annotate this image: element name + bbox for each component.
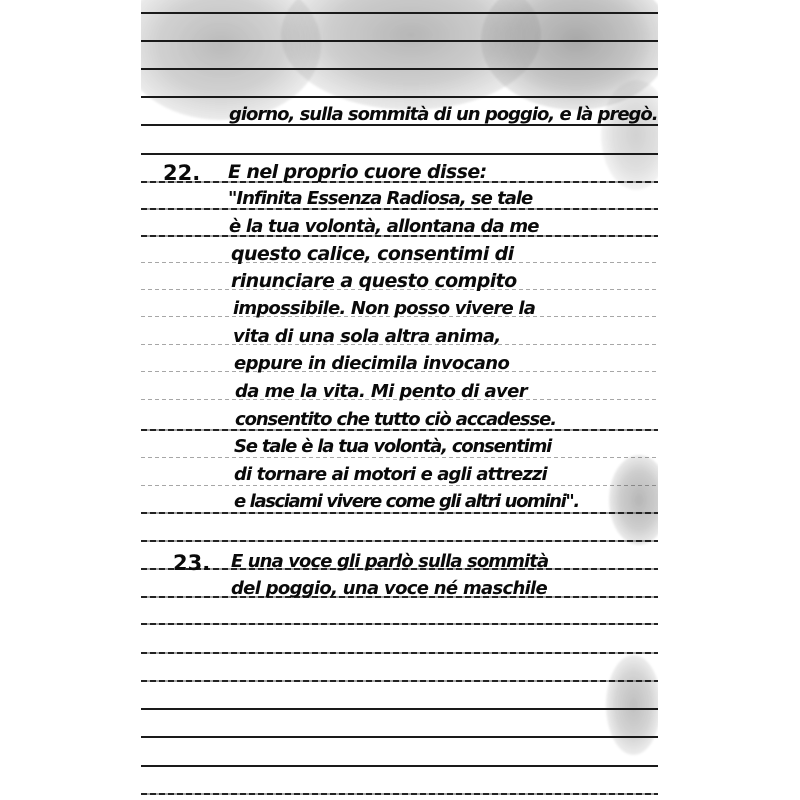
verse-22-line: impossibile. Non posso vivere la — [233, 300, 535, 318]
coffee-stain-right-lower — [606, 655, 658, 755]
continuation-line: giorno, sulla sommità di un poggio, e là… — [229, 106, 658, 124]
verse-22-line: "Infinita Essenza Radiosa, se tale — [228, 190, 532, 208]
ruled-line — [141, 485, 658, 486]
verse-number-22: 22. — [163, 163, 200, 184]
ruled-line — [141, 40, 658, 42]
ruled-line — [141, 736, 658, 738]
ruled-line — [141, 680, 658, 682]
verse-22-line: consentito che tutto ciò accadesse. — [235, 411, 556, 429]
verse-number-23: 23. — [173, 553, 210, 574]
ruled-line — [141, 457, 658, 458]
verse-22-line: di tornare ai motori e agli attrezzi — [234, 466, 547, 484]
ruled-line — [141, 68, 658, 70]
ruled-line — [141, 765, 658, 767]
ruled-line — [141, 96, 658, 98]
verse-22-line: Se tale è la tua volontà, consentimi — [234, 438, 551, 456]
verse-22-line: è la tua volontà, allontana da me — [229, 218, 539, 236]
ruled-line — [141, 708, 658, 710]
verse-23-line: E una voce gli parlò sulla sommità — [231, 553, 548, 571]
ruled-line — [141, 540, 658, 542]
notebook-page: giorno, sulla sommità di un poggio, e là… — [141, 0, 658, 800]
coffee-stain-right-middle — [609, 455, 658, 545]
ruled-line — [141, 153, 658, 155]
verse-22-line: eppure in diecimila invocano — [234, 355, 509, 373]
ruled-line — [141, 793, 658, 795]
ruled-line — [141, 512, 658, 514]
ruled-line — [141, 12, 658, 14]
verse-22-line: questo calice, consentimi di — [231, 245, 514, 264]
ruled-line — [141, 623, 658, 625]
verse-22-line: E nel proprio cuore disse: — [228, 163, 487, 182]
verse-22-line: e lasciami vivere come gli altri uomini"… — [234, 493, 579, 511]
verse-22-line: rinunciare a questo compito — [231, 272, 517, 291]
verse-23-line: del poggio, una voce né maschile — [231, 580, 547, 598]
ruled-line — [141, 652, 658, 654]
verse-22-line: da me la vita. Mi pento di aver — [235, 383, 527, 401]
verse-22-line: vita di una sola altra anima, — [233, 328, 501, 346]
